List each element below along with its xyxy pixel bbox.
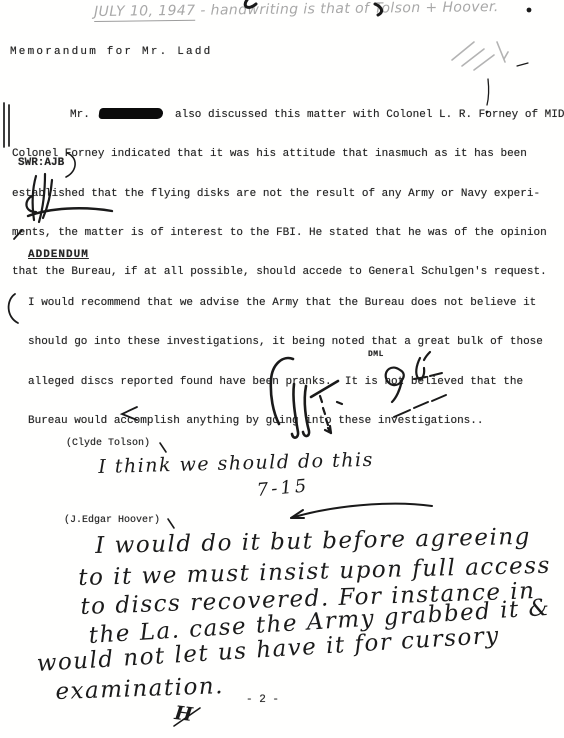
addendum-paragraph: I would recommend that we advise the Arm… [28, 272, 543, 453]
memo-heading: Memorandum for Mr. Ladd [10, 46, 212, 58]
tolson-handwritten-date: 7-15 [256, 475, 310, 500]
pencil-note-date: JULY 10, 1947 [94, 3, 196, 22]
paragraph-line-4: ments, the matter is of interest to the … [12, 226, 564, 241]
hoover-note-line-1: I would do it but before agreeing [95, 524, 531, 559]
line1-suffix: also discussed this matter with Colonel … [168, 109, 564, 121]
addendum-line-4: Bureau would accomplish anything by goin… [28, 414, 543, 429]
paragraph-line-1: Mr. also discussed this matter with Colo… [12, 108, 564, 123]
addendum-line-3: alleged discs reported found have been p… [28, 375, 543, 390]
typist-initials: SWR:AJB [18, 157, 64, 169]
line1-prefix: Mr. [70, 109, 96, 121]
hoover-initial: H [173, 702, 194, 726]
hoover-label: (J.Edgar Hoover) [64, 515, 160, 526]
addendum-line-2: should go into these investigations, it … [28, 335, 543, 350]
archivist-pencil-note: JULY 10, 1947 - handwriting is that of T… [94, 0, 499, 20]
addendum-heading: ADDENDUM [28, 249, 89, 261]
scanned-memo-page: JULY 10, 1947 - handwriting is that of T… [0, 0, 564, 738]
paragraph-line-3: established that the flying disks are no… [12, 187, 564, 202]
hoover-note-line-6: examination. [55, 673, 224, 705]
margin-emphasis-marks [4, 103, 9, 147]
addendum-line-1: I would recommend that we advise the Arm… [28, 296, 543, 311]
redaction-bar [99, 108, 164, 119]
dml-initials: DML [368, 350, 384, 359]
corner-pencil-scribble [452, 42, 508, 70]
pencil-note-text: - handwriting is that of Tolson + Hoover… [195, 0, 498, 19]
paragraph-line-2: Colonel Forney indicated that it was his… [12, 147, 564, 162]
page-number: - 2 - [246, 694, 279, 706]
tolson-label: (Clyde Tolson) [66, 438, 150, 449]
underline-swoosh-arrow [291, 504, 432, 518]
